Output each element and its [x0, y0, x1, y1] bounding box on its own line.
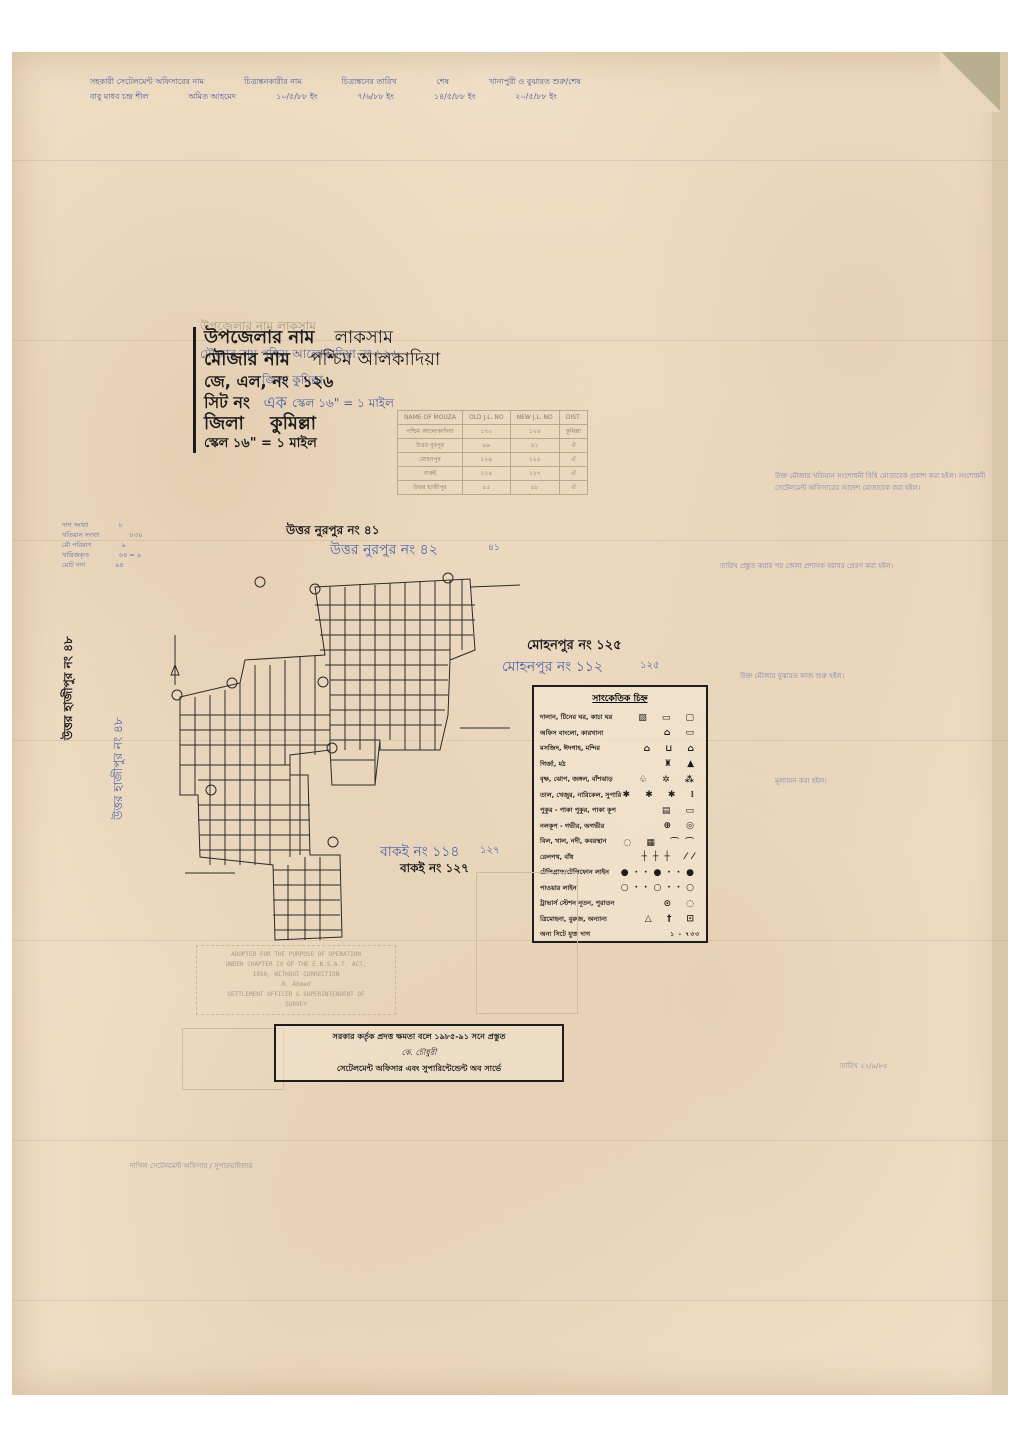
mouza-value: পশ্চিম আলকাদিয়া: [310, 349, 440, 370]
jl-label: জে, এল, নং: [204, 372, 289, 391]
table-row: পশ্চিম আলোকাদিয়া ১৭০ ১২৬ কুমিল্লা: [398, 425, 588, 439]
note: দাগ সংখ্যা: [62, 520, 89, 530]
traverse-station-icon: [328, 837, 338, 847]
right-note-4: মূল্যায়ন করা হইল।: [775, 775, 1005, 787]
east-neighbor-label: মোহনপুর নং ১২৫: [527, 636, 622, 657]
traverse-station-icon: ⊙ ◌: [663, 899, 700, 909]
column-header: NAME OF MOUZA: [398, 411, 463, 425]
mouza-boundary: [180, 579, 475, 940]
right-note-2: তারিখ প্রস্তুত করার পর জেলা প্রশাসক বরাব…: [720, 560, 1010, 572]
north-neighbor-alt: ৪১: [488, 540, 500, 555]
cell: ঐ: [559, 453, 587, 467]
building-symbol-icon: ▨ ▭ ▢: [638, 713, 700, 723]
cell: ঐ: [559, 439, 587, 453]
legend-label: তাল, খেজুর, নারিকেল, সুপারি: [540, 790, 621, 801]
cell: মোহনপুর: [398, 453, 463, 467]
table-header-row: NAME OF MOUZA OLD J.L. NO NEW J.L. NO DI…: [398, 411, 588, 425]
cell: ১২৫: [510, 453, 559, 467]
cell: পশ্চিম আলোকাদিয়া: [398, 425, 463, 439]
stamp-line: SURVEY: [197, 1000, 395, 1010]
sheet-edge: [992, 52, 1008, 1395]
cell: ১২৪: [462, 467, 510, 481]
note: ৯: [121, 540, 125, 550]
right-note-3: উক্ত মৌজার বুঝারত কাজ শুরু হইল।: [740, 670, 1010, 682]
note: বাবু মাধব চন্দ্র শীল: [90, 89, 148, 104]
tree-symbol-icon: ♧ ✲ ⁂: [639, 775, 700, 785]
cell: উত্তর হাজীপুর: [398, 481, 463, 495]
note: খারিজকৃত: [62, 550, 89, 560]
tubewell-symbol-icon: ⊕ ◎: [663, 821, 700, 831]
mouza-label: মৌজার নাম: [204, 349, 290, 370]
adoption-stamp: ADOPTED FOR THE PURPOSE OF OPERATION UND…: [196, 945, 396, 1015]
note: অমিত আহমেদ: [188, 89, 236, 104]
cell: বাকই: [398, 467, 463, 481]
legend-label: রেলপথ, বাঁধ: [540, 852, 574, 863]
note: ২০/৫/৮৮ ইং: [515, 89, 557, 104]
traverse-station-icon: [318, 677, 328, 687]
cell: ১২৯: [462, 453, 510, 467]
folded-corner: [940, 52, 1000, 112]
legend-item: রেলপথ, বাঁধ┼┼┼ ⁄⁄: [540, 850, 700, 866]
legend-item: বিল, খাল, নদী, কবরস্থান◌ ▦ ⌒⌒: [540, 834, 700, 850]
column-header: DIST.: [559, 411, 587, 425]
stamp-signature: N. Ahmed: [197, 980, 395, 990]
cell: ঐ: [559, 481, 587, 495]
note: চিত্রাঙ্কনের তারিখ: [342, 74, 397, 89]
mosque-symbol-icon: ⌂ ⊔ ⌂: [644, 744, 700, 754]
legend-item: অফিস বাংলো, কারখানা⌂ ▭: [540, 726, 700, 742]
legend-item: নলকূপ - গভীর, অগভীর⊕ ◎: [540, 819, 700, 835]
west-neighbor-label: উত্তর হাজীপুর নং ৪৮: [60, 636, 80, 740]
telegraph-line-icon: ●··●··●: [621, 868, 700, 878]
note: খতিয়ান সংখ্যা: [62, 530, 100, 540]
traverse-station-icon: [327, 743, 337, 753]
note: শেষ: [437, 74, 449, 89]
table-row: উত্তর হাজীপুর ৪৫ ৪৮ ঐ: [398, 481, 588, 495]
stamp-line: UNDER CHAPTER IV OF THE E.B.S.A.T. ACT,: [197, 960, 395, 970]
ruled-line: [12, 1300, 1007, 1301]
plot-link-symbol-icon: ১ – ৭৩৩: [670, 929, 700, 940]
power-line-icon: ○··○··○: [621, 883, 700, 893]
water-symbol-icon: ◌ ▦ ⌒⌒: [623, 835, 700, 848]
east-neighbor-alt: ১২৫: [640, 658, 659, 675]
certificate-line-1: সরকার কর্তৃক প্রদত্ত ক্ষমতা বলে ১৯৮৫-৯১ …: [276, 1031, 562, 1044]
note: খানাপুরী ও বুঝারত শুরু/শেষ: [489, 74, 581, 89]
note: ১৪/৫/৮৮ ইং: [434, 89, 476, 104]
ruled-line: [12, 160, 1007, 161]
pond-symbol-icon: ▤ ▭: [662, 806, 700, 816]
office-symbol-icon: ⌂ ▭: [664, 728, 700, 738]
legend-item: তাল, খেজুর, নারিকেল, সুপারি✱ ✱ ✱ ⁞: [540, 788, 700, 804]
note: ৭/৬/৮৮ ইং: [357, 89, 393, 104]
certificate-signature: কে. চৌধুরী: [276, 1047, 562, 1060]
preparation-certificate: সরকার কর্তৃক প্রদত্ত ক্ষমতা বলে ১৯৮৫-৯১ …: [274, 1024, 564, 1082]
legend-label: বিল, খাল, নদী, কবরস্থান: [540, 836, 606, 847]
legend-label: বৃক্ষ, ঝোপ, জঙ্গল, বাঁশঝাড়: [540, 774, 613, 785]
stamp-line: 1950, WITHOUT CORRECTION: [197, 970, 395, 980]
legend-label: দালান, টিনের ঘর, কাচা ঘর: [540, 712, 612, 723]
cell: ৪৫: [462, 481, 510, 495]
jl-line: জে, এল, নং ১২৬: [204, 371, 474, 392]
faint-stamp-box: [476, 872, 578, 1014]
west-neighbor-handwritten: উত্তর হাজীপুর নং ৪৮: [110, 717, 130, 820]
legend-title: সাংকেতিক চিহ্ন: [540, 691, 700, 706]
left-statistics-notes: দাগ সংখ্যা৮ খতিয়ান সংখ্যা৮৩০ মৌ পরিমাণ৯…: [62, 520, 142, 570]
legend-item: পুকুর - পাকা পুকুর, পাকা কূপ▤ ▭: [540, 803, 700, 819]
note: মৌ পরিমাণ: [62, 540, 91, 550]
cell: উত্তর নুরপুর: [398, 439, 463, 453]
north-neighbor-handwritten: উত্তর নুরপুর নং ৪২: [330, 538, 438, 562]
church-symbol-icon: ♜ ▲: [664, 759, 700, 769]
upazila-value: লাকসাম: [335, 327, 393, 348]
jl-value: ১২৬: [302, 372, 333, 391]
column-header: OLD J.L. NO: [462, 411, 510, 425]
note: ৯৪: [115, 560, 123, 570]
traverse-station-icon: [227, 678, 237, 688]
stamp-line: ADOPTED FOR THE PURPOSE OF OPERATION: [197, 950, 395, 960]
note: ৮: [119, 520, 123, 530]
bottom-left-note: দাখিল সেটেলমেন্ট অফিসার / সুপারভাইজার: [130, 1160, 330, 1172]
district-label: জিলা: [204, 413, 244, 434]
adjacent-mouza-table: NAME OF MOUZA OLD J.L. NO NEW J.L. NO DI…: [397, 410, 588, 495]
cell: কুমিল্লা: [559, 425, 587, 439]
legend-label: নলকূপ - গভীর, অগভীর: [540, 821, 604, 832]
sheet-value: এক: [263, 393, 286, 412]
table-row: উত্তর নুরপুর ৪৯ ৪১ ঐ: [398, 439, 588, 453]
boundary-line: [470, 585, 520, 587]
ruled-line: [12, 540, 1007, 541]
note: ৬৪ = ৯: [119, 550, 141, 560]
ruled-line: [12, 340, 1007, 341]
traverse-station-icon: [206, 785, 216, 795]
upazila-label: উপজেলার নাম: [204, 327, 314, 348]
legend-item: বৃক্ষ, ঝোপ, জঙ্গল, বাঁশঝাড়♧ ✲ ⁂: [540, 772, 700, 788]
cell: ১৭০: [462, 425, 510, 439]
cell: ৪১: [510, 439, 559, 453]
legend-label: পুকুর - পাকা পুকুর, পাকা কূপ: [540, 805, 616, 816]
table-row: বাকই ১২৪ ১২৭ ঐ: [398, 467, 588, 481]
upazila-line: উপজেলার নাম লাকসাম: [204, 327, 474, 349]
cell: ৪৯: [462, 439, 510, 453]
right-note-1: উক্ত মৌজার খতিয়ান সংশোধনী বিধি মোতাবেক …: [775, 470, 1005, 494]
palm-symbol-icon: ✱ ✱ ✱ ⁞: [623, 790, 700, 800]
note: সহকারী সেটেলমেন্ট অফিসারের নাম: [90, 74, 204, 89]
ruled-line: [12, 1140, 1007, 1141]
cell: ৪৮: [510, 481, 559, 495]
railway-symbol-icon: ┼┼┼ ⁄⁄: [642, 852, 700, 862]
legend-label: মসজিদ, ঈদগাহ, মন্দির: [540, 743, 600, 754]
table-row: মোহনপুর ১২৯ ১২৫ ঐ: [398, 453, 588, 467]
note: চিত্রাঙ্কনকারীর নাম: [244, 74, 302, 89]
right-note-date: তারিখ ২২/৯/৮৫: [840, 1060, 960, 1072]
traverse-station-icon: [255, 577, 265, 587]
top-annotations: সহকারী সেটেলমেন্ট অফিসারের নাম চিত্রাঙ্ক…: [90, 74, 610, 104]
legend-label: অফিস বাংলো, কারখানা: [540, 728, 603, 739]
sheet-label: সিট নং: [204, 393, 250, 412]
mouza-line: মৌজার নাম পশ্চিম আলকাদিয়া: [204, 349, 474, 371]
faint-stamp-box: [182, 1028, 284, 1090]
note: ১০/৫/৮৮ ইং: [276, 89, 318, 104]
column-header: NEW J.L. NO: [510, 411, 559, 425]
trijunction-symbol-icon: △ † ⊡: [645, 914, 700, 924]
legend-item: গির্জা, মঠ♜ ▲: [540, 757, 700, 773]
note: ৮৩০: [130, 530, 143, 540]
legend-label: গির্জা, মঠ: [540, 759, 566, 770]
stamp-line: SETTLEMENT OFFICER & SUPERINTENDENT OF: [197, 990, 395, 1000]
legend-item: দালান, টিনের ঘর, কাচা ঘর▨ ▭ ▢: [540, 710, 700, 726]
certificate-line-2: সেটেলমেন্ট অফিসার এবং সুপারিন্টেন্ডেন্ট …: [276, 1063, 562, 1076]
cell: ঐ: [559, 467, 587, 481]
legend-item: মসজিদ, ঈদগাহ, মন্দির⌂ ⊔ ⌂: [540, 741, 700, 757]
note: মোট দাগ: [62, 560, 85, 570]
cell: ১২৬: [510, 425, 559, 439]
traverse-station-icon: [443, 573, 453, 583]
district-value: কুমিল্লা: [270, 413, 316, 434]
cell: ১২৭: [510, 467, 559, 481]
traverse-station-icon: [172, 690, 182, 700]
